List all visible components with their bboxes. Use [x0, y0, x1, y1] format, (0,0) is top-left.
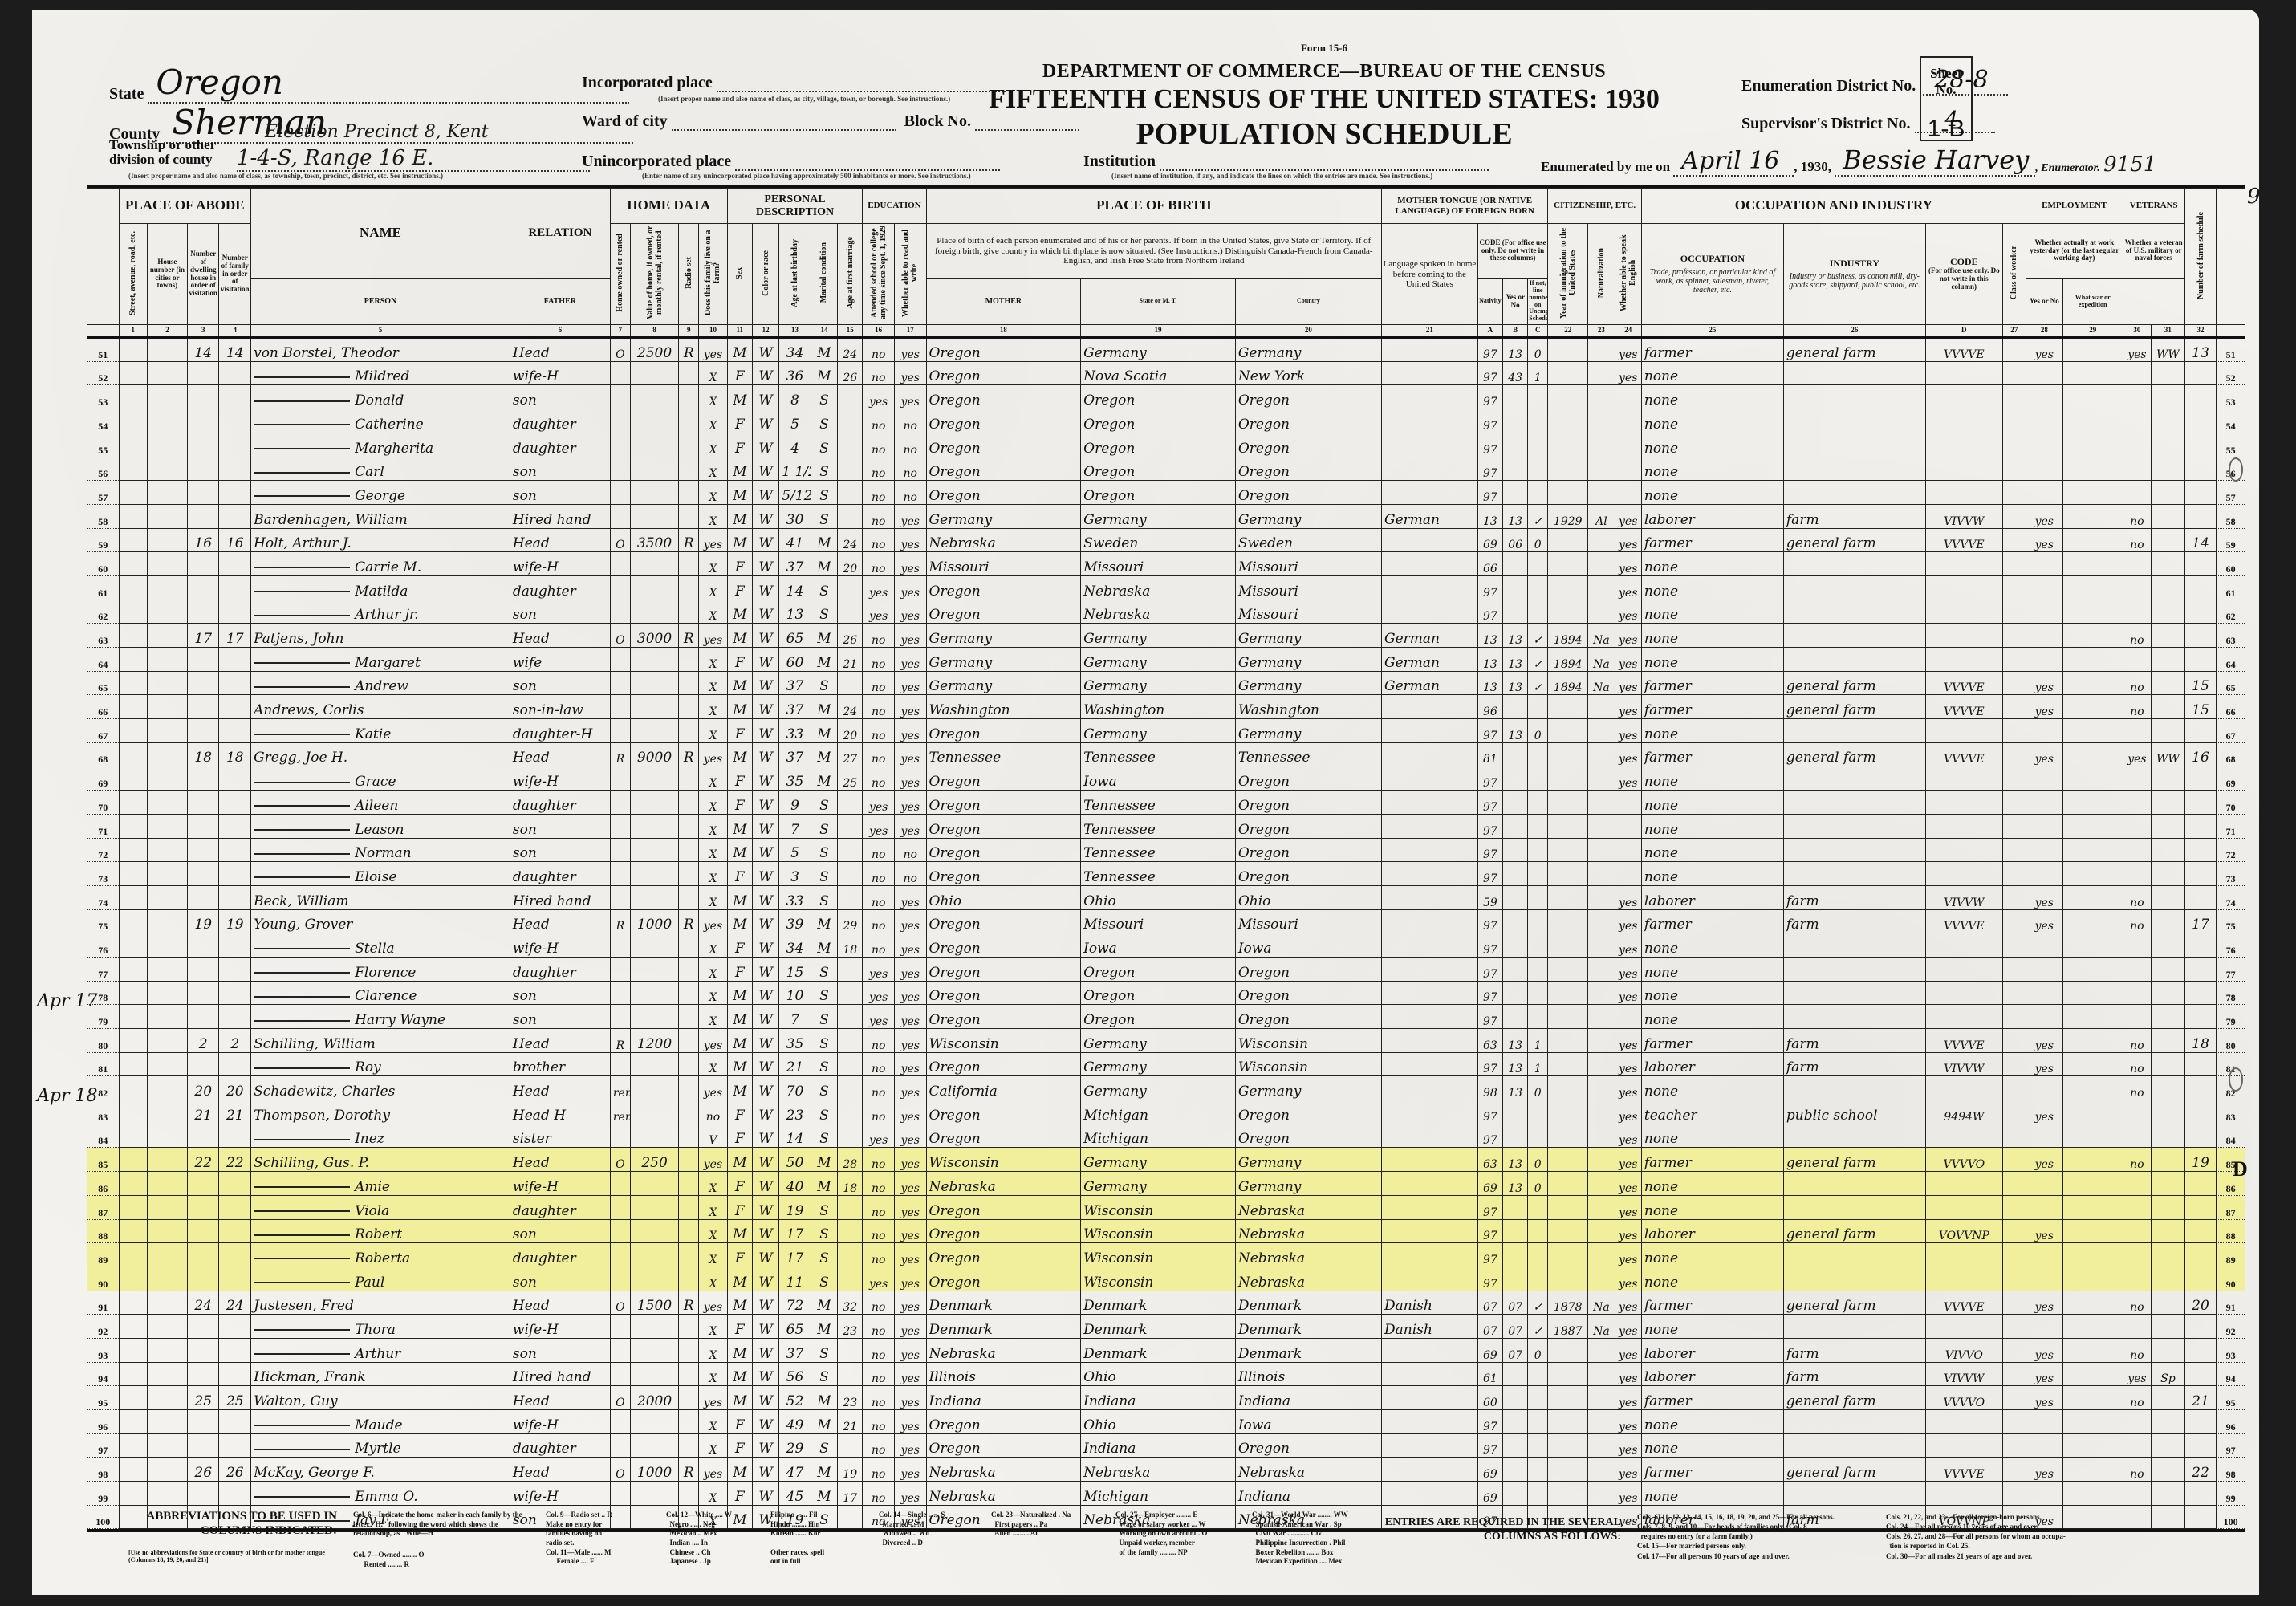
cell-vet	[2123, 1100, 2151, 1124]
census-row: 55MargheritadaughterXFW4SnonoOregonOrego…	[87, 433, 2245, 457]
cell-bf: Oregon	[1081, 981, 1236, 1005]
cell-eng: yes	[1615, 1315, 1641, 1339]
cell-mar: S	[811, 1005, 837, 1029]
cell-blank	[119, 361, 147, 385]
cell-blank	[119, 766, 147, 791]
cell-radio	[679, 1386, 699, 1410]
cell-blank	[119, 1219, 147, 1243]
cell-nat	[1588, 791, 1615, 815]
cell-sex: M	[727, 1029, 752, 1053]
cell-eng: yes	[1615, 1195, 1641, 1219]
cell-sex: M	[727, 481, 752, 505]
cell-race: W	[752, 624, 778, 648]
cell-line: 53	[87, 385, 120, 409]
cell-blank	[147, 1172, 187, 1196]
cell-b	[1503, 791, 1528, 815]
cell-radio	[679, 575, 699, 600]
cell-emp: yes	[2026, 528, 2062, 552]
cell-bm: Nebraska	[1235, 1219, 1381, 1243]
cell-race: W	[752, 1362, 778, 1386]
cell-war	[2152, 933, 2185, 958]
cell-blank	[119, 957, 147, 981]
cell-radio	[679, 1005, 699, 1029]
cell-b	[1503, 575, 1528, 600]
cell-race: W	[752, 1482, 778, 1506]
cell-bp: Nebraska	[926, 528, 1081, 552]
cell-code	[1925, 575, 2002, 600]
cell-vet	[2123, 862, 2151, 886]
cell-blank	[147, 1338, 187, 1362]
cell-sch: no	[863, 1029, 895, 1053]
cell-race: W	[752, 1148, 778, 1172]
cell-own	[610, 1338, 630, 1362]
cell-ind: general farm	[1783, 1148, 1925, 1172]
cell-farm: X	[699, 1338, 727, 1362]
cell-blank	[2002, 600, 2026, 624]
cell-race: W	[752, 791, 778, 815]
cell-radio	[679, 457, 699, 481]
cell-mar: M	[811, 1458, 837, 1482]
cell-dw	[187, 1267, 219, 1291]
cell-radio	[679, 1338, 699, 1362]
cell-bf: Oregon	[1081, 957, 1236, 981]
cell-age: 39	[779, 909, 811, 933]
cell-agem	[838, 1005, 863, 1029]
cell-bm: Iowa	[1235, 933, 1381, 958]
cell-lang	[1382, 1100, 1478, 1124]
cell-age: 34	[779, 338, 811, 362]
cell-a: 61	[1477, 1362, 1502, 1386]
cell-radio	[679, 409, 699, 433]
cell-mar: M	[811, 361, 837, 385]
cell-bm: Iowa	[1235, 1410, 1381, 1434]
ditto-dash	[254, 376, 350, 378]
census-row: 69Gracewife-HXFW35M25noyesOregonIowaOreg…	[87, 766, 2245, 791]
cell-vet: yes	[2123, 1362, 2151, 1386]
cell-imm	[1548, 862, 1588, 886]
cell-val	[630, 1243, 678, 1267]
cell-lang	[1382, 695, 1478, 719]
cell-b: 07	[1503, 1315, 1528, 1339]
cell-imm	[1548, 695, 1588, 719]
cell-blank	[147, 1362, 187, 1386]
cell-radio: R	[679, 1291, 699, 1315]
cell-blank	[2002, 671, 2026, 695]
cell-ind	[1783, 1005, 1925, 1029]
cell-read: yes	[894, 1195, 926, 1219]
cell-eng	[1615, 838, 1641, 862]
cell-blank	[2002, 742, 2026, 766]
cell-blank	[119, 838, 147, 862]
cell-agem: 26	[838, 624, 863, 648]
cell-blank	[2002, 719, 2026, 743]
cell-blank	[119, 338, 147, 362]
cell-a: 97	[1477, 1267, 1502, 1291]
cell-bp: Oregon	[926, 409, 1081, 433]
cell-bm: Tennessee	[1235, 742, 1381, 766]
cell-own	[610, 433, 630, 457]
cell-agem: 23	[838, 1386, 863, 1410]
cell-fam	[219, 1482, 251, 1506]
cell-bf: Ohio	[1081, 1410, 1236, 1434]
cell-sch: no	[863, 1219, 895, 1243]
census-row: 74Beck, WilliamHired handXMW33SnoyesOhio…	[87, 885, 2245, 909]
cell-fs	[2184, 1267, 2217, 1291]
cell-line: 79	[2217, 1005, 2245, 1029]
cell-unemp	[2062, 981, 2123, 1005]
cell-eng	[1615, 791, 1641, 815]
cell-age: 50	[779, 1148, 811, 1172]
cell-dw	[187, 862, 219, 886]
cell-nat	[1588, 695, 1615, 719]
cell-ind: general farm	[1783, 1386, 1925, 1410]
cell-agem: 17	[838, 1482, 863, 1506]
cell-farm: X	[699, 1243, 727, 1267]
cell-occ: farmer	[1641, 528, 1783, 552]
cell-unemp	[2062, 1100, 2123, 1124]
cell-occ: farmer	[1641, 671, 1783, 695]
cell-imm	[1548, 814, 1588, 838]
cell-own	[610, 957, 630, 981]
cell-lang	[1382, 981, 1478, 1005]
cell-agem	[838, 671, 863, 695]
cell-occ: none	[1641, 1243, 1783, 1267]
cell-read: yes	[894, 624, 926, 648]
cell-farm: X	[699, 1315, 727, 1339]
ditto-dash	[254, 805, 350, 807]
cell-line: 55	[2217, 433, 2245, 457]
cell-sch: yes	[863, 814, 895, 838]
cell-nat	[1588, 409, 1615, 433]
cell-radio	[679, 838, 699, 862]
cell-line: 54	[2217, 409, 2245, 433]
cell-name: Maude	[251, 1410, 510, 1434]
cell-age: 49	[779, 1410, 811, 1434]
cell-age: 3	[779, 862, 811, 886]
cell-bm: Wisconsin	[1235, 1029, 1381, 1053]
cell-sch: no	[863, 933, 895, 958]
cell-race: W	[752, 648, 778, 672]
cell-sex: F	[727, 648, 752, 672]
cell-imm: 1894	[1548, 671, 1588, 695]
cell-code	[1925, 624, 2002, 648]
census-row: 94Hickman, FrankHired handXMW56SnoyesIll…	[87, 1362, 2245, 1386]
cell-dw	[187, 1410, 219, 1434]
census-row: 912424Justesen, FredHeadO1500RyesMW72M32…	[87, 1291, 2245, 1315]
cell-rel: son	[510, 814, 610, 838]
cell-rel: daughter	[510, 433, 610, 457]
cell-dw	[187, 957, 219, 981]
cell-blank	[147, 1029, 187, 1053]
cell-rel: son	[510, 1338, 610, 1362]
cell-blank	[147, 695, 187, 719]
cell-blank	[147, 385, 187, 409]
cell-imm	[1548, 766, 1588, 791]
cell-a: 97	[1477, 1433, 1502, 1458]
cell-occ: none	[1641, 1195, 1783, 1219]
cell-age: 37	[779, 695, 811, 719]
cell-unemp	[2062, 600, 2123, 624]
cell-farm: X	[699, 409, 727, 433]
cell-radio	[679, 1267, 699, 1291]
cell-name: Schilling, Gus. P.	[251, 1148, 510, 1172]
cell-age: 30	[779, 504, 811, 528]
township-value-2: 1-4-S, Range 16 E.	[237, 146, 590, 172]
cell-code	[1925, 862, 2002, 886]
cell-sch: yes	[863, 957, 895, 981]
cell-emp: yes	[2026, 1219, 2062, 1243]
cell-read: yes	[894, 933, 926, 958]
cell-c	[1528, 1362, 1548, 1386]
cell-nat	[1588, 1124, 1615, 1148]
cell-blank	[119, 409, 147, 433]
cell-race: W	[752, 1410, 778, 1434]
cell-rel: son	[510, 671, 610, 695]
cell-fam	[219, 1052, 251, 1076]
cell-war	[2152, 1124, 2185, 1148]
cell-own: O	[610, 1291, 630, 1315]
cell-bm: Germany	[1235, 504, 1381, 528]
cell-line: 60	[87, 552, 120, 576]
cell-sex: F	[727, 575, 752, 600]
cell-val	[630, 1005, 678, 1029]
cell-vet	[2123, 1124, 2151, 1148]
cell-dw: 17	[187, 624, 219, 648]
cell-blank	[119, 719, 147, 743]
cell-blank	[2002, 862, 2026, 886]
cell-c: 1	[1528, 1029, 1548, 1053]
cell-bp: Oregon	[926, 791, 1081, 815]
cell-blank	[2002, 1172, 2026, 1196]
cell-mar: S	[811, 575, 837, 600]
cell-a: 97	[1477, 385, 1502, 409]
cell-mar: S	[811, 838, 837, 862]
cell-blank	[147, 552, 187, 576]
cell-emp: yes	[2026, 1029, 2062, 1053]
cell-bf: Nova Scotia	[1081, 361, 1236, 385]
cell-unemp	[2062, 1458, 2123, 1482]
cell-bm: Oregon	[1235, 1005, 1381, 1029]
cell-age: 65	[779, 624, 811, 648]
cell-eng: yes	[1615, 933, 1641, 958]
cell-occ: none	[1641, 1410, 1783, 1434]
cell-rel: daughter	[510, 791, 610, 815]
cell-sex: M	[727, 909, 752, 933]
cell-a: 66	[1477, 552, 1502, 576]
census-row: 511414von Borstel, TheodorHeadO2500RyesM…	[87, 338, 2245, 362]
cell-dw	[187, 719, 219, 743]
ditto-dash	[254, 591, 350, 592]
cell-dw	[187, 1315, 219, 1339]
cell-bm: Nebraska	[1235, 1458, 1381, 1482]
cell-name: Norman	[251, 838, 510, 862]
cell-blank	[147, 481, 187, 505]
cell-code: 9494W	[1925, 1100, 2002, 1124]
cell-val: 1000	[630, 1458, 678, 1482]
cell-unemp	[2062, 1267, 2123, 1291]
cell-read: yes	[894, 1148, 926, 1172]
cell-bm: Germany	[1235, 338, 1381, 362]
cell-farm: yes	[699, 1076, 727, 1100]
census-row: 81RoybrotherXMW21SnoyesOregonGermanyWisc…	[87, 1052, 2245, 1076]
cell-blank	[2002, 361, 2026, 385]
cell-blank	[119, 624, 147, 648]
cell-age: 29	[779, 1433, 811, 1458]
cell-fam	[219, 504, 251, 528]
cell-blank	[119, 552, 147, 576]
cell-emp	[2026, 814, 2062, 838]
cell-blank	[2002, 981, 2026, 1005]
cell-blank	[147, 1433, 187, 1458]
cell-bp: Oregon	[926, 862, 1081, 886]
cell-blank	[2002, 528, 2026, 552]
cell-line: 57	[87, 481, 120, 505]
cell-imm	[1548, 909, 1588, 933]
cell-race: W	[752, 671, 778, 695]
cell-war	[2152, 695, 2185, 719]
cell-bm: Nebraska	[1235, 1267, 1381, 1291]
cell-eng: yes	[1615, 1172, 1641, 1196]
cell-unemp	[2062, 624, 2123, 648]
cell-c: 1	[1528, 1052, 1548, 1076]
cell-read: yes	[894, 1219, 926, 1243]
cell-own	[610, 1195, 630, 1219]
cell-mar: S	[811, 1100, 837, 1124]
column-number: 2	[147, 325, 187, 338]
ditto-dash	[254, 996, 350, 998]
cell-val	[630, 552, 678, 576]
cell-blank	[147, 1100, 187, 1124]
cell-bf: Germany	[1081, 1052, 1236, 1076]
cell-val: 3500	[630, 528, 678, 552]
cell-unemp	[2062, 433, 2123, 457]
cell-fam	[219, 1410, 251, 1434]
cell-imm	[1548, 1005, 1588, 1029]
township-value-1: Election Precinct 8, Kent	[265, 122, 489, 142]
cell-dw: 25	[187, 1386, 219, 1410]
cell-race: W	[752, 575, 778, 600]
cell-blank	[119, 862, 147, 886]
cell-race: W	[752, 1291, 778, 1315]
cell-fs	[2184, 1005, 2217, 1029]
cell-read: no	[894, 481, 926, 505]
cell-fam	[219, 791, 251, 815]
cell-bf: Oregon	[1081, 1005, 1236, 1029]
cell-sch: no	[863, 1052, 895, 1076]
cell-agem: 25	[838, 766, 863, 791]
cell-rel: wife-H	[510, 1315, 610, 1339]
cell-blank	[119, 600, 147, 624]
cell-radio	[679, 885, 699, 909]
cell-mar: M	[811, 1315, 837, 1339]
cell-val	[630, 1433, 678, 1458]
cell-ind: public school	[1783, 1100, 1925, 1124]
cell-sch: yes	[863, 981, 895, 1005]
cell-ind	[1783, 481, 1925, 505]
cell-bf: Nebraska	[1081, 575, 1236, 600]
cell-code	[1925, 552, 2002, 576]
cell-radio	[679, 1410, 699, 1434]
cell-occ: farmer	[1641, 742, 1783, 766]
cell-name: Grace	[251, 766, 510, 791]
cell-farm: X	[699, 575, 727, 600]
cell-name: Schilling, William	[251, 1029, 510, 1053]
cell-bm: Oregon	[1235, 957, 1381, 981]
cell-emp	[2026, 361, 2062, 385]
cell-lang	[1382, 1482, 1478, 1506]
cell-unemp	[2062, 791, 2123, 815]
cell-val	[630, 1195, 678, 1219]
cell-rel: Hired hand	[510, 504, 610, 528]
population-schedule-table: PLACE OF ABODE NAME RELATION HOME DATA P…	[87, 185, 2245, 1532]
cell-sch: no	[863, 695, 895, 719]
cell-eng: yes	[1615, 766, 1641, 791]
cell-name: Clarence	[251, 981, 510, 1005]
cell-val	[630, 719, 678, 743]
cell-nat	[1588, 600, 1615, 624]
cell-farm: X	[699, 957, 727, 981]
cell-bm: Oregon	[1235, 838, 1381, 862]
cell-fam	[219, 933, 251, 958]
cell-lang	[1382, 457, 1478, 481]
cell-a: 97	[1477, 433, 1502, 457]
cell-blank	[2002, 504, 2026, 528]
cell-dw: 19	[187, 909, 219, 933]
cell-line: 96	[87, 1410, 120, 1434]
cell-sex: M	[727, 600, 752, 624]
cell-blank	[119, 1172, 147, 1196]
cell-eng: yes	[1615, 504, 1641, 528]
cell-bp: Oregon	[926, 1124, 1081, 1148]
cell-blank	[2002, 648, 2026, 672]
cell-fs	[2184, 1433, 2217, 1458]
cell-bf: Denmark	[1081, 1291, 1236, 1315]
cell-dw: 16	[187, 528, 219, 552]
column-number: A	[1477, 325, 1502, 338]
cell-c: 0	[1528, 338, 1548, 362]
cell-farm: X	[699, 671, 727, 695]
cell-own	[610, 791, 630, 815]
cell-eng: yes	[1615, 1410, 1641, 1434]
cell-read: yes	[894, 648, 926, 672]
cell-own: R	[610, 1029, 630, 1053]
column-number: 11	[727, 325, 752, 338]
cell-sch: no	[863, 1315, 895, 1339]
census-row: 751919Young, GroverHeadR1000RyesMW39M29n…	[87, 909, 2245, 933]
cell-a: 97	[1477, 933, 1502, 958]
census-row: 57GeorgesonXMW5/12SnonoOregonOregonOrego…	[87, 481, 2245, 505]
cell-occ: laborer	[1641, 1362, 1783, 1386]
cell-bm: Nebraska	[1235, 1243, 1381, 1267]
cell-war: Sp	[2152, 1362, 2185, 1386]
cell-bf: Ohio	[1081, 885, 1236, 909]
cell-agem	[838, 1100, 863, 1124]
cell-blank	[119, 981, 147, 1005]
cell-vet: no	[2123, 1052, 2151, 1076]
cell-fs	[2184, 457, 2217, 481]
cell-emp	[2026, 957, 2062, 981]
cell-bp: Oregon	[926, 909, 1081, 933]
cell-code	[1925, 385, 2002, 409]
cell-rel: daughter	[510, 1195, 610, 1219]
cell-c	[1528, 481, 1548, 505]
cell-bm: Germany	[1235, 1148, 1381, 1172]
cell-farm: yes	[699, 1029, 727, 1053]
cell-read: yes	[894, 742, 926, 766]
form-number: Form 15-6	[963, 42, 1685, 55]
cell-radio	[679, 981, 699, 1005]
cell-blank	[147, 1267, 187, 1291]
